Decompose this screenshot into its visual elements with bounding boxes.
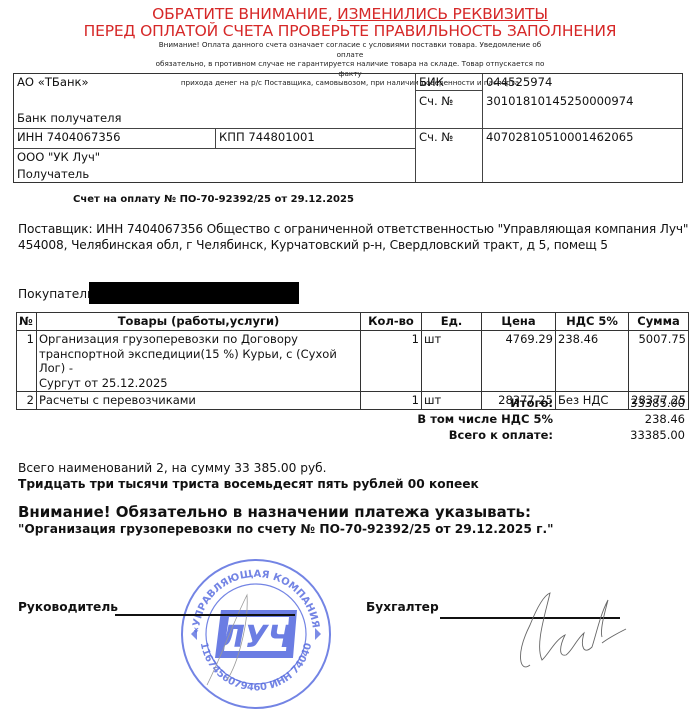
row-name-line: Расчеты с перевозчиками (39, 393, 358, 408)
warning-heading-line1: ОБРАТИТЕ ВНИМАНИЕ, ИЗМЕНИЛИСЬ РЕКВИЗИТЫ (0, 5, 700, 23)
buyer-redacted-block (89, 282, 299, 304)
bank-details-box: АО «ТБанк» Банк получателя ИНН 740406735… (13, 73, 683, 183)
row-name-line: Сургут от 25.12.2025 (39, 376, 358, 391)
header-unit: Ед. (422, 313, 482, 331)
warning-prefix: ОБРАТИТЕ ВНИМАНИЕ, (152, 5, 337, 23)
header-vat: НДС 5% (556, 313, 629, 331)
supplier-info: Поставщик: ИНН 7404067356 Общество с огр… (18, 221, 688, 253)
recipient-name: ООО "УК Луч" (17, 150, 100, 164)
amount-in-words: Тридцать три тысячи триста восемьдесят п… (18, 477, 479, 491)
row-name: Организация грузоперевозки по Договору т… (37, 331, 361, 392)
row-vat: 238.46 (556, 331, 629, 392)
inn: ИНН 7404067356 (17, 130, 121, 144)
row-sum: 5007.75 (629, 331, 689, 392)
accountant-signature (500, 585, 640, 675)
warning-underlined: ИЗМЕНИЛИСЬ РЕКВИЗИТЫ (337, 5, 548, 23)
row-name-line: транспортной экспедиции(15 %) Курьи, с (… (39, 347, 358, 376)
due-value: 33385.00 (553, 428, 685, 442)
total-value: 33385.00 (553, 396, 685, 410)
row-name-line: Организация грузоперевозки по Договору (39, 332, 358, 347)
row-price: 4769.29 (482, 331, 556, 392)
stamp-logo-text: ЛУЧ (219, 620, 292, 655)
row-unit: шт (422, 331, 482, 392)
header-goods: Товары (работы,услуги) (37, 313, 361, 331)
header-num: № (17, 313, 37, 331)
due-row: Всего к оплате: 33385.00 (380, 427, 685, 443)
payment-purpose-heading: Внимание! Обязательно в назначении плате… (18, 503, 531, 521)
vat-value: 238.46 (553, 412, 685, 426)
vat-row: В том числе НДС 5% 238.46 (380, 411, 685, 427)
account-label: Сч. № (419, 130, 453, 144)
notice-line: Внимание! Оплата данного счета означает … (150, 40, 550, 59)
row-num: 1 (17, 331, 37, 392)
divider (14, 148, 415, 149)
corr-account-label: Сч. № (419, 94, 453, 108)
total-label: Итого: (380, 396, 553, 410)
buyer-label: Покупатель: (18, 287, 98, 301)
bank-label: Банк получателя (17, 111, 122, 125)
account-value: 40702810510001462065 (486, 130, 634, 144)
kpp: КПП 744801001 (219, 130, 315, 144)
director-label: Руководитель (18, 600, 118, 614)
totals-block: Итого: 33385.00 В том числе НДС 5% 238.4… (380, 395, 685, 443)
row-qty: 1 (361, 331, 422, 392)
row-num: 2 (17, 392, 37, 410)
warning-heading-line2: ПЕРЕД ОПЛАТОЙ СЧЕТА ПРОВЕРЬТЕ ПРАВИЛЬНОС… (0, 22, 700, 40)
due-label: Всего к оплате: (380, 428, 553, 442)
table-header-row: № Товары (работы,услуги) Кол-во Ед. Цена… (17, 313, 689, 331)
company-stamp: ООО «УПРАВЛЯЮЩАЯ КОМПАНИЯ ЛУЧ» ОГРН 1167… (177, 555, 335, 713)
supplier-address: 454008, Челябинская обл, г Челябинск, Ку… (18, 237, 688, 253)
row-name: Расчеты с перевозчиками (37, 392, 361, 410)
header-sum: Сумма (629, 313, 689, 331)
accountant-label: Бухгалтер (366, 600, 439, 614)
header-qty: Кол-во (361, 313, 422, 331)
total-row: Итого: 33385.00 (380, 395, 685, 411)
recipient-label: Получатель (17, 167, 89, 181)
table-row: 1 Организация грузоперевозки по Договору… (17, 331, 689, 392)
invoice-title: Счет на оплату № ПО-70-92392/25 от 29.12… (73, 194, 354, 205)
bank-name: АО «ТБанк» (17, 75, 89, 89)
director-signature-line (115, 614, 295, 616)
header-price: Цена (482, 313, 556, 331)
divider (14, 128, 682, 129)
vat-label: В том числе НДС 5% (380, 412, 553, 426)
bik-label: БИК (419, 75, 444, 89)
bik-value: 044525974 (486, 75, 552, 89)
divider (415, 90, 482, 91)
divider (215, 128, 216, 148)
supplier-line: Поставщик: ИНН 7404067356 Общество с огр… (18, 221, 688, 237)
corr-account-value: 30101810145250000974 (486, 94, 634, 108)
items-count-summary: Всего наименований 2, на сумму 33 385.00… (18, 461, 327, 475)
payment-purpose-text: "Организация грузоперевозки по счету № П… (18, 522, 553, 536)
